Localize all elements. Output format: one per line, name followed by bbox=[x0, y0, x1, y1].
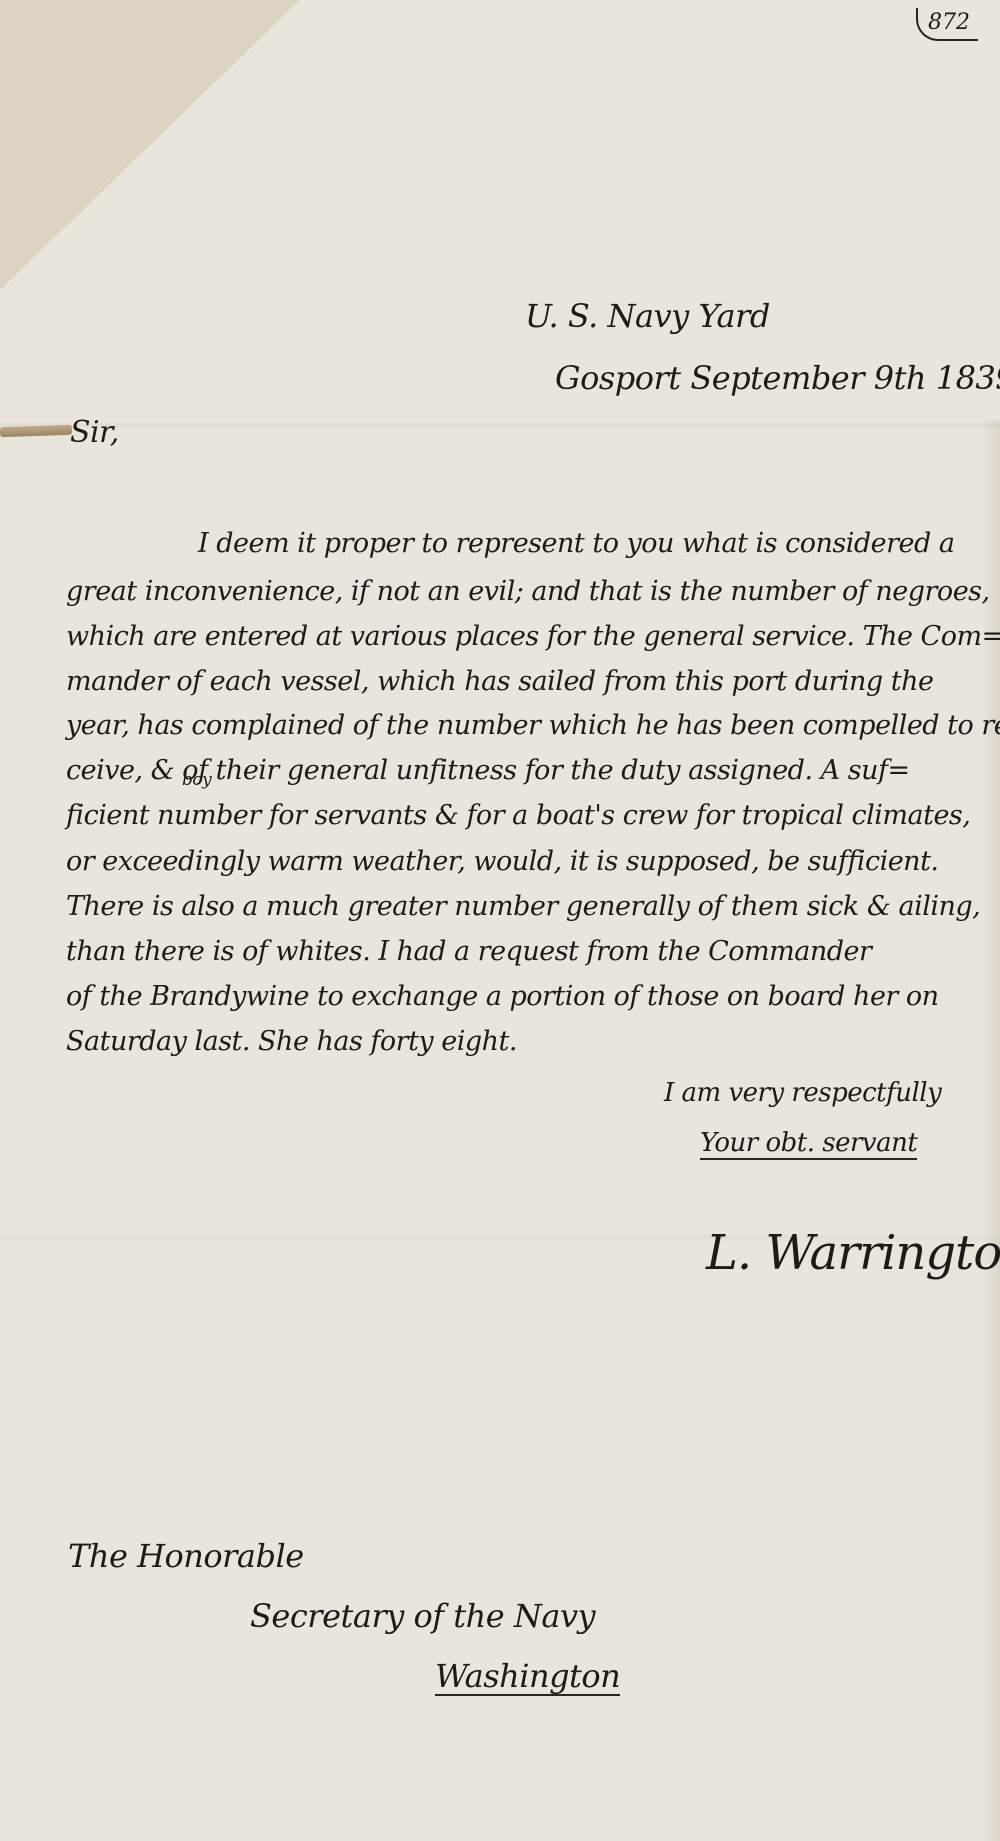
body-line: great inconvenience, if not an evil; and… bbox=[66, 578, 990, 605]
body-line: which are entered at various places for … bbox=[66, 623, 1000, 650]
body-line: ficient number for servants & for a boat… bbox=[66, 802, 970, 829]
body-line: There is also a much greater number gene… bbox=[66, 893, 980, 920]
salutation: Sir, bbox=[70, 418, 119, 448]
letter-page: 872 U. S. Navy Yard Gosport September 9t… bbox=[0, 0, 1000, 1841]
addressee-line-2: Secretary of the Navy bbox=[250, 1600, 595, 1632]
heading-line-2: Gosport September 9th 1839 bbox=[555, 362, 1000, 394]
body-line: year, has complained of the number which… bbox=[66, 712, 1000, 739]
folded-corner bbox=[0, 0, 300, 290]
body-line: I deem it proper to represent to you wha… bbox=[198, 530, 954, 557]
closing-line-2: Your obt. servant bbox=[700, 1130, 917, 1160]
body-line: Saturday last. She has forty eight. bbox=[66, 1028, 517, 1055]
body-line: or exceedingly warm weather, would, it i… bbox=[66, 848, 939, 875]
body-line: of the Brandywine to exchange a portion … bbox=[66, 983, 939, 1010]
addressee-line-1: The Honorable bbox=[68, 1540, 304, 1572]
body-line: mander of each vessel, which has sailed … bbox=[66, 668, 934, 695]
body-line: than there is of whites. I had a request… bbox=[66, 938, 871, 965]
binding-ribbon bbox=[0, 425, 72, 438]
folio-number: 872 bbox=[916, 8, 978, 41]
interlineation: boy bbox=[182, 772, 211, 789]
heading-line-1: U. S. Navy Yard bbox=[525, 300, 770, 332]
closing-line-1: I am very respectfully bbox=[664, 1080, 941, 1106]
signature: L. Warrington bbox=[706, 1225, 1000, 1281]
addressee-line-3: Washington bbox=[435, 1660, 620, 1696]
